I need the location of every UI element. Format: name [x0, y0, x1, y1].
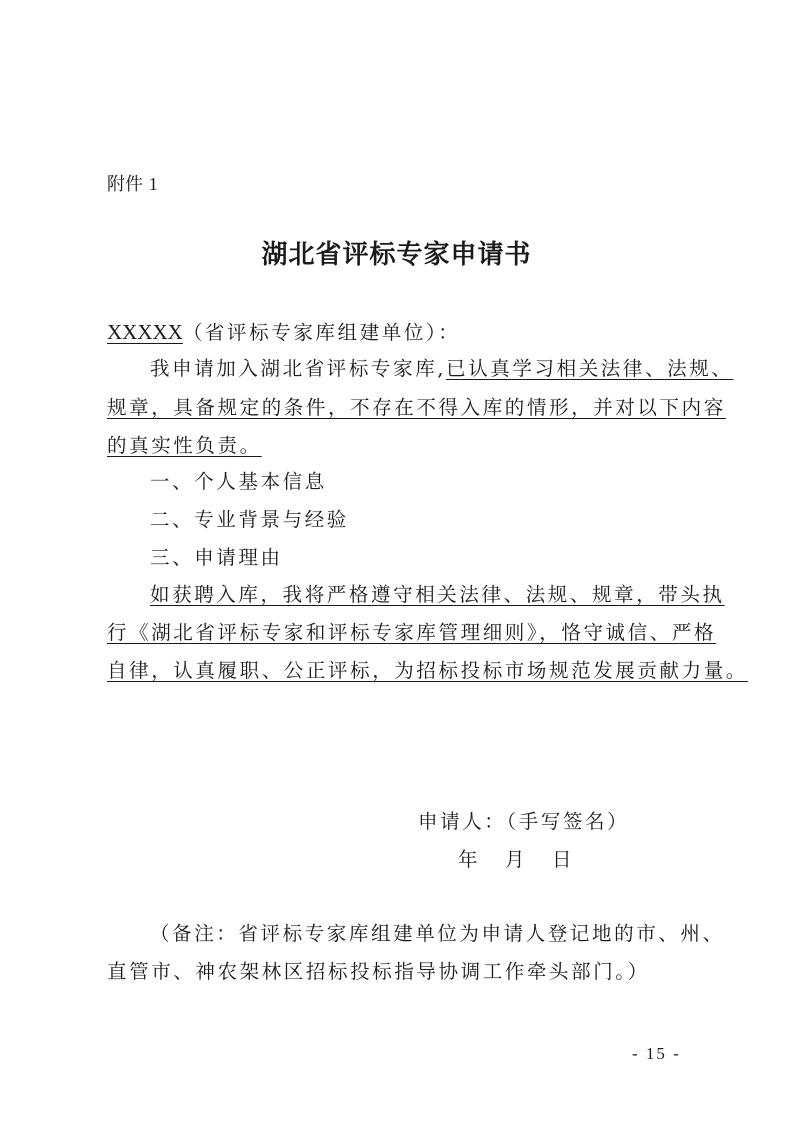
- addressee-suffix: （省评标专家库组建单位）：: [183, 321, 461, 344]
- attachment-label: 附件 1: [107, 170, 158, 196]
- attachment-number: 1: [149, 174, 158, 194]
- intro-plain: 我申请加入湖北省评标专家库,: [150, 357, 446, 380]
- applicant-signature[interactable]: 申请人：（手写签名）: [418, 810, 629, 834]
- pledge-line-1: 如获聘入库，我将严格遵守相关法律、法规、规章，带头执: [150, 583, 725, 607]
- addressee-placeholder[interactable]: XXXXX: [107, 320, 183, 344]
- attachment-text: 附件: [107, 174, 143, 195]
- intro-line-1: 我申请加入湖北省评标专家库,已认真学习相关法律、法规、: [150, 357, 733, 381]
- intro-line-2: 规章，具备规定的条件，不存在不得入库的情形，并对以下内容: [107, 396, 726, 420]
- section-background: 二、专业背景与经验: [150, 508, 349, 532]
- document-title: 湖北省评标专家申请书: [0, 234, 793, 271]
- addressee-line: XXXXX（省评标专家库组建单位）：: [107, 320, 460, 345]
- pledge-line-3: 自律，认真履职、公正评标，为招标投标市场规范发展贡献力量。: [107, 659, 748, 683]
- note-line-2: 直管市、神农架林区招标投标指导协调工作牵头部门。）: [107, 960, 650, 984]
- page-number: - 15 -: [632, 1044, 681, 1064]
- signature-date[interactable]: 年 月 日: [458, 848, 576, 872]
- section-personal-info: 一、个人基本信息: [150, 470, 327, 494]
- pledge-line-2: 行《湖北省评标专家和评标专家库管理细则》，恪守诚信、严格: [107, 621, 716, 645]
- note-line-1: （备注：省评标专家库组建单位为申请人登记地的市、州、: [150, 922, 725, 946]
- section-reason: 三、申请理由: [150, 546, 283, 570]
- intro-line-3: 的真实性负责。: [107, 434, 262, 458]
- intro-underlined-1: 已认真学习相关法律、法规、: [446, 357, 733, 380]
